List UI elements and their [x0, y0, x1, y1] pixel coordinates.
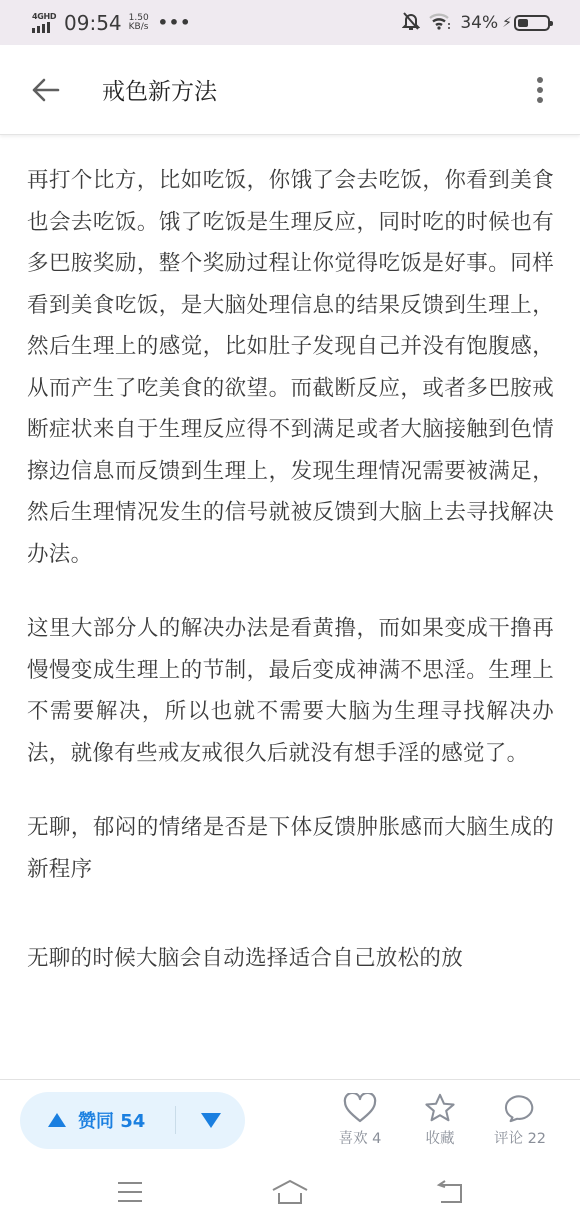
home-icon	[271, 1179, 309, 1205]
back-nav-button[interactable]	[420, 1167, 480, 1217]
article-paragraph: 这里大部分人的解决办法是看黄撸，而如果变成干撸再慢慢变成生理上的节制，最后变成神…	[27, 608, 554, 774]
triangle-down-icon	[201, 1113, 221, 1128]
clock: 09:54	[64, 11, 122, 35]
wifi-icon	[428, 12, 452, 34]
status-bar: 4GHD 09:54 1.50 KB/s ••• 34% ⚡	[0, 0, 580, 45]
network-speed: 1.50 KB/s	[129, 14, 149, 32]
like-button[interactable]: 喜欢 4	[320, 1093, 400, 1148]
more-options-button[interactable]	[520, 65, 560, 115]
favorite-button[interactable]: 收藏	[400, 1093, 480, 1148]
recent-apps-button[interactable]	[100, 1167, 160, 1217]
article-paragraph: 无聊，郁闷的情绪是否是下体反馈肿胀感而大脑生成的新程序	[27, 807, 554, 890]
downvote-button[interactable]	[176, 1092, 245, 1149]
signal-icon: 4GHD	[32, 12, 58, 34]
status-right: 34% ⚡	[394, 11, 550, 35]
battery-percent: 34%	[460, 13, 498, 33]
network-type: 4GHD	[32, 12, 56, 21]
page-title: 戒色新方法	[102, 73, 520, 106]
vote-control: 赞同 54	[20, 1092, 245, 1149]
action-bar: 赞同 54 喜欢 4 收藏 评论 22	[0, 1079, 580, 1160]
back-icon	[435, 1179, 465, 1205]
article-paragraph: 无聊的时候大脑会自动选择适合自己放松的放	[27, 938, 554, 980]
star-icon	[423, 1093, 457, 1123]
notification-overflow-icon: •••	[158, 13, 192, 32]
speed-unit: KB/s	[129, 23, 149, 32]
arrow-left-icon	[30, 77, 60, 103]
status-left: 4GHD 09:54 1.50 KB/s •••	[32, 11, 191, 35]
back-button[interactable]	[20, 65, 70, 115]
article-paragraph: 再打个比方，比如吃饭，你饿了会去吃饭，你看到美食也会去吃饭。饿了吃饭是生理反应，…	[27, 160, 554, 575]
more-vertical-icon	[537, 77, 543, 83]
triangle-up-icon	[48, 1113, 66, 1127]
home-button[interactable]	[260, 1167, 320, 1217]
battery-icon	[514, 15, 550, 31]
system-nav-bar	[0, 1160, 580, 1224]
upvote-button[interactable]: 赞同 54	[20, 1092, 175, 1149]
favorite-label: 收藏	[426, 1127, 455, 1148]
article-content[interactable]: 再打个比方，比如吃饭，你饿了会去吃饭，你看到美食也会去吃饭。饿了吃饭是生理反应，…	[0, 136, 580, 1079]
comment-bubble-icon	[503, 1093, 537, 1123]
like-label: 喜欢 4	[339, 1127, 382, 1148]
upvote-label: 赞同 54	[78, 1107, 145, 1133]
menu-icon	[116, 1181, 144, 1203]
comment-button[interactable]: 评论 22	[480, 1093, 560, 1148]
mute-bell-icon	[402, 11, 420, 35]
app-bar: 戒色新方法	[0, 45, 580, 135]
action-group: 喜欢 4 收藏 评论 22	[320, 1093, 560, 1148]
comment-label: 评论 22	[494, 1127, 546, 1148]
charging-bolt-icon: ⚡	[502, 15, 512, 31]
heart-icon	[343, 1093, 377, 1123]
